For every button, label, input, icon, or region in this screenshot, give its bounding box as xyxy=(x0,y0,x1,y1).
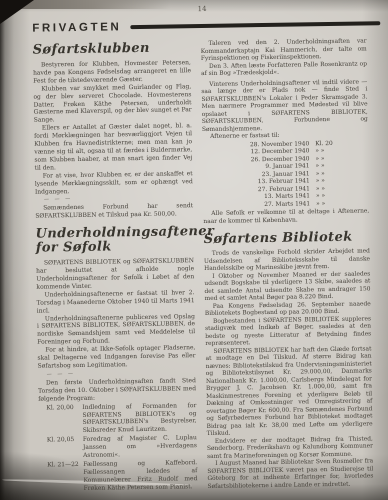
program-text: Fællessang og Kaffebord. Fællessangen le… xyxy=(83,459,197,492)
paragraph: For at hindre, at Ikke-Søfolk optager Pl… xyxy=(37,344,195,370)
masthead-row: FRIVAGTEN xyxy=(32,17,372,34)
program-text: Foredrag af Magister C. Luplau Janssen o… xyxy=(83,434,197,460)
heading-soefartsklubben: Søfartsklubben xyxy=(33,41,191,57)
program-time: Kl. 20,00 xyxy=(46,404,82,436)
text-columns: Søfartsklubben Bestyreren for Klubben, H… xyxy=(33,38,380,493)
paragraph: Underholdningsaftenerne publiceres ved O… xyxy=(37,313,195,347)
paragraph: Underholdningsaftenerne er fastsat til h… xyxy=(36,289,194,315)
paragraph: Trods de vanskelige Forhold skrider Arbe… xyxy=(204,248,370,273)
paragraph: Den 3. Aften læste Forfatteren Palle Ros… xyxy=(201,61,367,79)
date-list: 28. November 1940 Kl. 20 12. December 19… xyxy=(202,140,369,210)
paragraph: Bogbestanden i SØFARTENS BIBLIOTEK suppl… xyxy=(205,316,371,349)
heading-underholdningsaftener: Underholdningsaftener for Søfolk xyxy=(35,225,193,255)
paragraph: I August Maaned har Bibliotekar Sven Ros… xyxy=(207,458,373,491)
masthead-title: FRIVAGTEN xyxy=(32,21,121,34)
paragraph: Klubben var smykket med Guirlander og Fl… xyxy=(33,83,192,125)
program-row: Kl. 20,00 Indledning af Formanden for SØ… xyxy=(38,402,196,436)
program-text: Indledning af Formanden for SØFARTENS BI… xyxy=(82,402,196,435)
paragraph: Bestyreren for Klubben, Hovmester Peters… xyxy=(33,59,191,85)
paragraph: Vinterens Underholdningsaftener vil indt… xyxy=(201,79,368,134)
date-label: 27. Marts 1941 xyxy=(230,201,310,210)
program-row: Kl. 20,05 Foredrag af Magister C. Luplau… xyxy=(39,434,197,460)
paragraph: Ellers er Antallet af Gæster dalet noget… xyxy=(34,122,193,172)
paragraph: For at vise, hvor Klubben er, er der ans… xyxy=(35,170,193,196)
paragraph: I Oktober og November Maaned er der saal… xyxy=(204,271,370,304)
dash-separator: — — — xyxy=(44,196,193,203)
masthead-rule xyxy=(130,21,380,28)
program-list: Kl. 20,00 Indledning af Formanden for SØ… xyxy=(38,402,197,493)
program-time: Kl. 21—22 xyxy=(47,461,83,493)
paragraph: Taleren ved den 2. Underholdningsaften v… xyxy=(201,38,367,63)
paragraph: Alle Søfolk er velkomne til at deltage i… xyxy=(203,208,369,226)
date-time: » » xyxy=(316,200,342,208)
paragraph: SØFARTENS BIBLIOTEK har haft den Glæde f… xyxy=(205,346,372,439)
paragraph: Sømændenes Forbund har sendt SØFARTSKLUB… xyxy=(35,203,193,221)
scanned-page-photo: 14 FRIVAGTEN Søfartsklubben Bestyreren f… xyxy=(0,0,388,500)
heading-soefartens-bibliotek: Søfartens Bibliotek xyxy=(204,230,370,247)
column-left: Søfartsklubben Bestyreren for Klubben, H… xyxy=(33,41,198,493)
program-row: Kl. 21—22 Fællessang og Kaffebord. Fælle… xyxy=(39,459,197,493)
paragraph: Endvidere er der modtaget Bidrag fra Thi… xyxy=(207,436,373,461)
paragraph: Den første Underholdningsaften fandt Ste… xyxy=(38,377,196,403)
top-left-corner-shadow xyxy=(0,0,34,24)
page-content: 14 FRIVAGTEN Søfartsklubben Bestyreren f… xyxy=(32,2,380,493)
column-right: Taleren ved den 2. Underholdningsaften v… xyxy=(201,38,374,491)
dash-separator: — — — xyxy=(47,370,196,377)
program-time: Kl. 20,05 xyxy=(47,436,83,460)
paragraph: SØFARTENS BIBLIOTEK og SØFARTSKLUBBEN ha… xyxy=(36,257,194,291)
